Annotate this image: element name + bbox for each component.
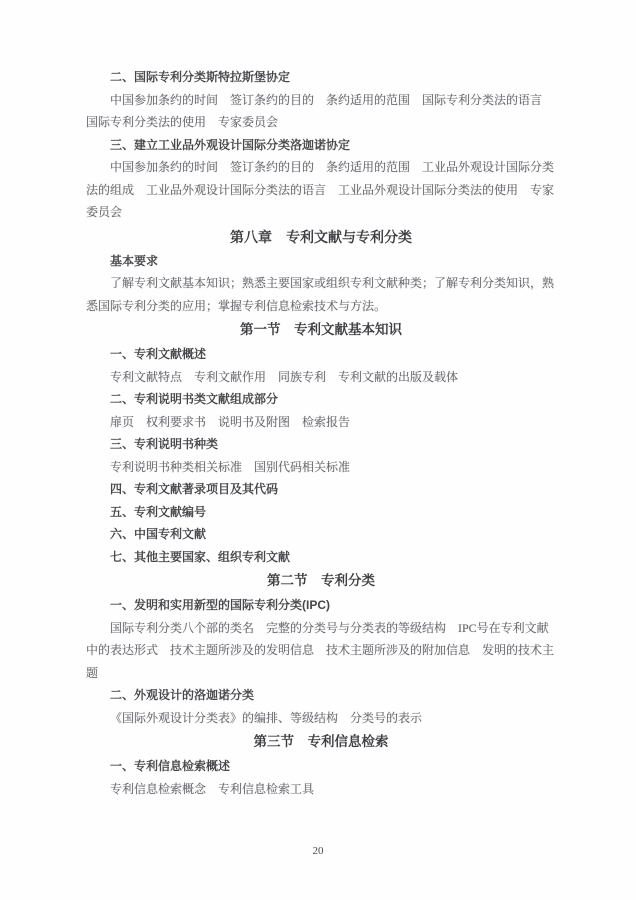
outline-item-heading: 四、专利文献著录项目及其代码 xyxy=(86,478,556,501)
section-heading: 第三节 专利信息检索 xyxy=(86,729,556,755)
section-heading: 第一节 专利文献基本知识 xyxy=(86,317,556,343)
outline-item-heading: 二、专利说明书类文献组成部分 xyxy=(86,388,556,411)
outline-item-heading: 一、专利信息检索概述 xyxy=(86,755,556,778)
keyword-paragraph: 国际专利分类八个部的类名 完整的分类号与分类表的等级结构 IPC号在专利文献中的… xyxy=(86,617,556,685)
page-number: 20 xyxy=(0,845,636,857)
outline-item-heading: 七、其他主要国家、组织专利文献 xyxy=(86,546,556,569)
outline-item-heading: 三、专利说明书种类 xyxy=(86,433,556,456)
keyword-paragraph: 中国参加条约的时间 签订条约的目的 条约适用的范围 工业品外观设计国际分类法的组… xyxy=(86,156,556,224)
document-body: 二、国际专利分类斯特拉斯堡协定 中国参加条约的时间 签订条约的目的 条约适用的范… xyxy=(86,66,556,800)
outline-item-heading: 一、专利文献概述 xyxy=(86,343,556,366)
outline-item-heading: 二、国际专利分类斯特拉斯堡协定 xyxy=(86,66,556,89)
document-page: 二、国际专利分类斯特拉斯堡协定 中国参加条约的时间 签订条约的目的 条约适用的范… xyxy=(0,0,636,900)
outline-item-heading: 三、建立工业品外观设计国际分类洛迦诺协定 xyxy=(86,134,556,157)
outline-item-heading: 六、中国专利文献 xyxy=(86,523,556,546)
keyword-paragraph: 扉页 权利要求书 说明书及附图 检索报告 xyxy=(86,411,556,434)
keyword-paragraph: 专利说明书种类相关标准 国别代码相关标准 xyxy=(86,456,556,479)
keyword-paragraph: 中国参加条约的时间 签订条约的目的 条约适用的范围 国际专利分类法的语言 国际专… xyxy=(86,89,556,134)
outline-item-heading: 一、发明和实用新型的国际专利分类(IPC) xyxy=(86,594,556,617)
requirements-paragraph: 了解专利文献基本知识；熟悉主要国家或组织专利文献种类；了解专利分类知识，熟悉国际… xyxy=(86,272,556,317)
keyword-paragraph: 专利信息检索概念 专利信息检索工具 xyxy=(86,778,556,801)
keyword-paragraph: 专利文献特点 专利文献作用 同族专利 专利文献的出版及载体 xyxy=(86,366,556,389)
outline-item-heading: 二、外观设计的洛迦诺分类 xyxy=(86,684,556,707)
chapter-heading: 第八章 专利文献与专利分类 xyxy=(86,224,556,250)
basic-requirements-heading: 基本要求 xyxy=(86,250,556,273)
keyword-paragraph: 《国际外观设计分类表》的编排、等级结构 分类号的表示 xyxy=(86,707,556,730)
section-heading: 第二节 专利分类 xyxy=(86,568,556,594)
outline-item-heading: 五、专利文献编号 xyxy=(86,501,556,524)
